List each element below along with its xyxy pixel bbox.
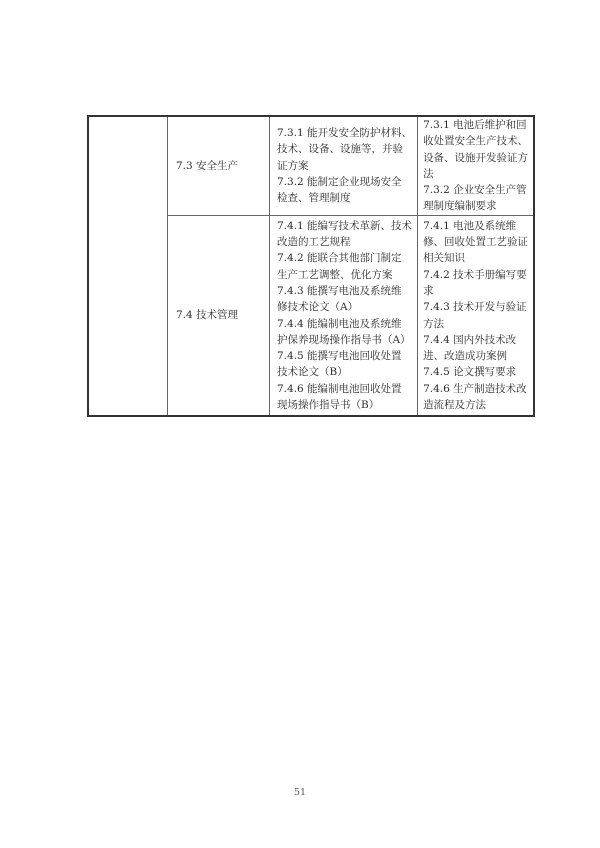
text-line: 技术论文（B） bbox=[277, 364, 412, 380]
text-line: 检查、管理制度 bbox=[277, 190, 412, 206]
category-cell bbox=[88, 116, 168, 416]
text-line: 方法 bbox=[423, 316, 530, 332]
text-line: 7.4.5 能撰写电池回收处置 bbox=[277, 348, 412, 364]
text-line: 生产工艺调整、优化方案 bbox=[277, 267, 412, 283]
skills-cell: 7.3.1 能开发安全防护材料、 技术、设备、设施等，并验 证方案 7.3.2 … bbox=[270, 116, 418, 215]
text-line: 改造的工艺规程 bbox=[277, 234, 412, 250]
text-line: 7.4.6 生产制造技术改 bbox=[423, 381, 530, 397]
table-row: 7.3 安全生产 7.3.1 能开发安全防护材料、 技术、设备、设施等，并验 证… bbox=[88, 116, 534, 215]
knowledge-cell: 7.4.1 电池及系统维 修、回收处置工艺验证 相关知识 7.4.2 技术手册编… bbox=[418, 215, 535, 416]
text-line: 收处置安全生产技术、 bbox=[423, 133, 530, 149]
text-line: 7.3.1 能开发安全防护材料、 bbox=[277, 125, 412, 141]
knowledge-cell: 7.3.1 电池后维护和回 收处置安全生产技术、 设备、设施开发验证方 法 7.… bbox=[418, 116, 535, 215]
skills-cell: 7.4.1 能编写技术革新、技术 改造的工艺规程 7.4.2 能联合其他部门制定… bbox=[270, 215, 418, 416]
text-line: 7.4.2 能联合其他部门制定 bbox=[277, 250, 412, 266]
text-line: 7.4.4 国内外技术改 bbox=[423, 332, 530, 348]
text-line: 造流程及方法 bbox=[423, 397, 530, 413]
document-page: 7.3 安全生产 7.3.1 能开发安全防护材料、 技术、设备、设施等，并验 证… bbox=[0, 0, 600, 848]
text-line: 修技术论文（A） bbox=[277, 299, 412, 315]
module-cell: 7.3 安全生产 bbox=[168, 116, 270, 215]
module-cell: 7.4 技术管理 bbox=[168, 215, 270, 416]
text-line: 7.3.2 企业安全生产管 bbox=[423, 182, 530, 198]
text-line: 7.4.6 能编制电池回收处置 bbox=[277, 381, 412, 397]
text-line: 7.4.1 电池及系统维 bbox=[423, 218, 530, 234]
text-line: 求 bbox=[423, 283, 530, 299]
text-line: 7.4.4 能编制电池及系统维 bbox=[277, 316, 412, 332]
text-line: 7.4.5 论文撰写要求 bbox=[423, 364, 530, 380]
text-line: 7.4.1 能编写技术革新、技术 bbox=[277, 218, 412, 234]
page-number: 51 bbox=[0, 787, 600, 798]
text-line: 7.3.2 能制定企业现场安全 bbox=[277, 174, 412, 190]
text-line: 相关知识 bbox=[423, 250, 530, 266]
text-line: 护保养现场操作指导书（A） bbox=[277, 332, 412, 348]
text-line: 修、回收处置工艺验证 bbox=[423, 234, 530, 250]
text-line: 设备、设施开发验证方 bbox=[423, 150, 530, 166]
text-line: 7.4.3 能撰写电池及系统维 bbox=[277, 283, 412, 299]
text-line: 法 bbox=[423, 166, 530, 182]
skill-requirements-table: 7.3 安全生产 7.3.1 能开发安全防护材料、 技术、设备、设施等，并验 证… bbox=[87, 115, 535, 417]
text-line: 7.3.1 电池后维护和回 bbox=[423, 117, 530, 133]
text-line: 技术、设备、设施等，并验 bbox=[277, 141, 412, 157]
text-line: 现场操作指导书（B） bbox=[277, 397, 412, 413]
text-line: 证方案 bbox=[277, 158, 412, 174]
text-line: 进、改造成功案例 bbox=[423, 348, 530, 364]
text-line: 7.4.3 技术开发与验证 bbox=[423, 299, 530, 315]
text-line: 7.4.2 技术手册编写要 bbox=[423, 267, 530, 283]
text-line: 理制度编制要求 bbox=[423, 198, 530, 214]
